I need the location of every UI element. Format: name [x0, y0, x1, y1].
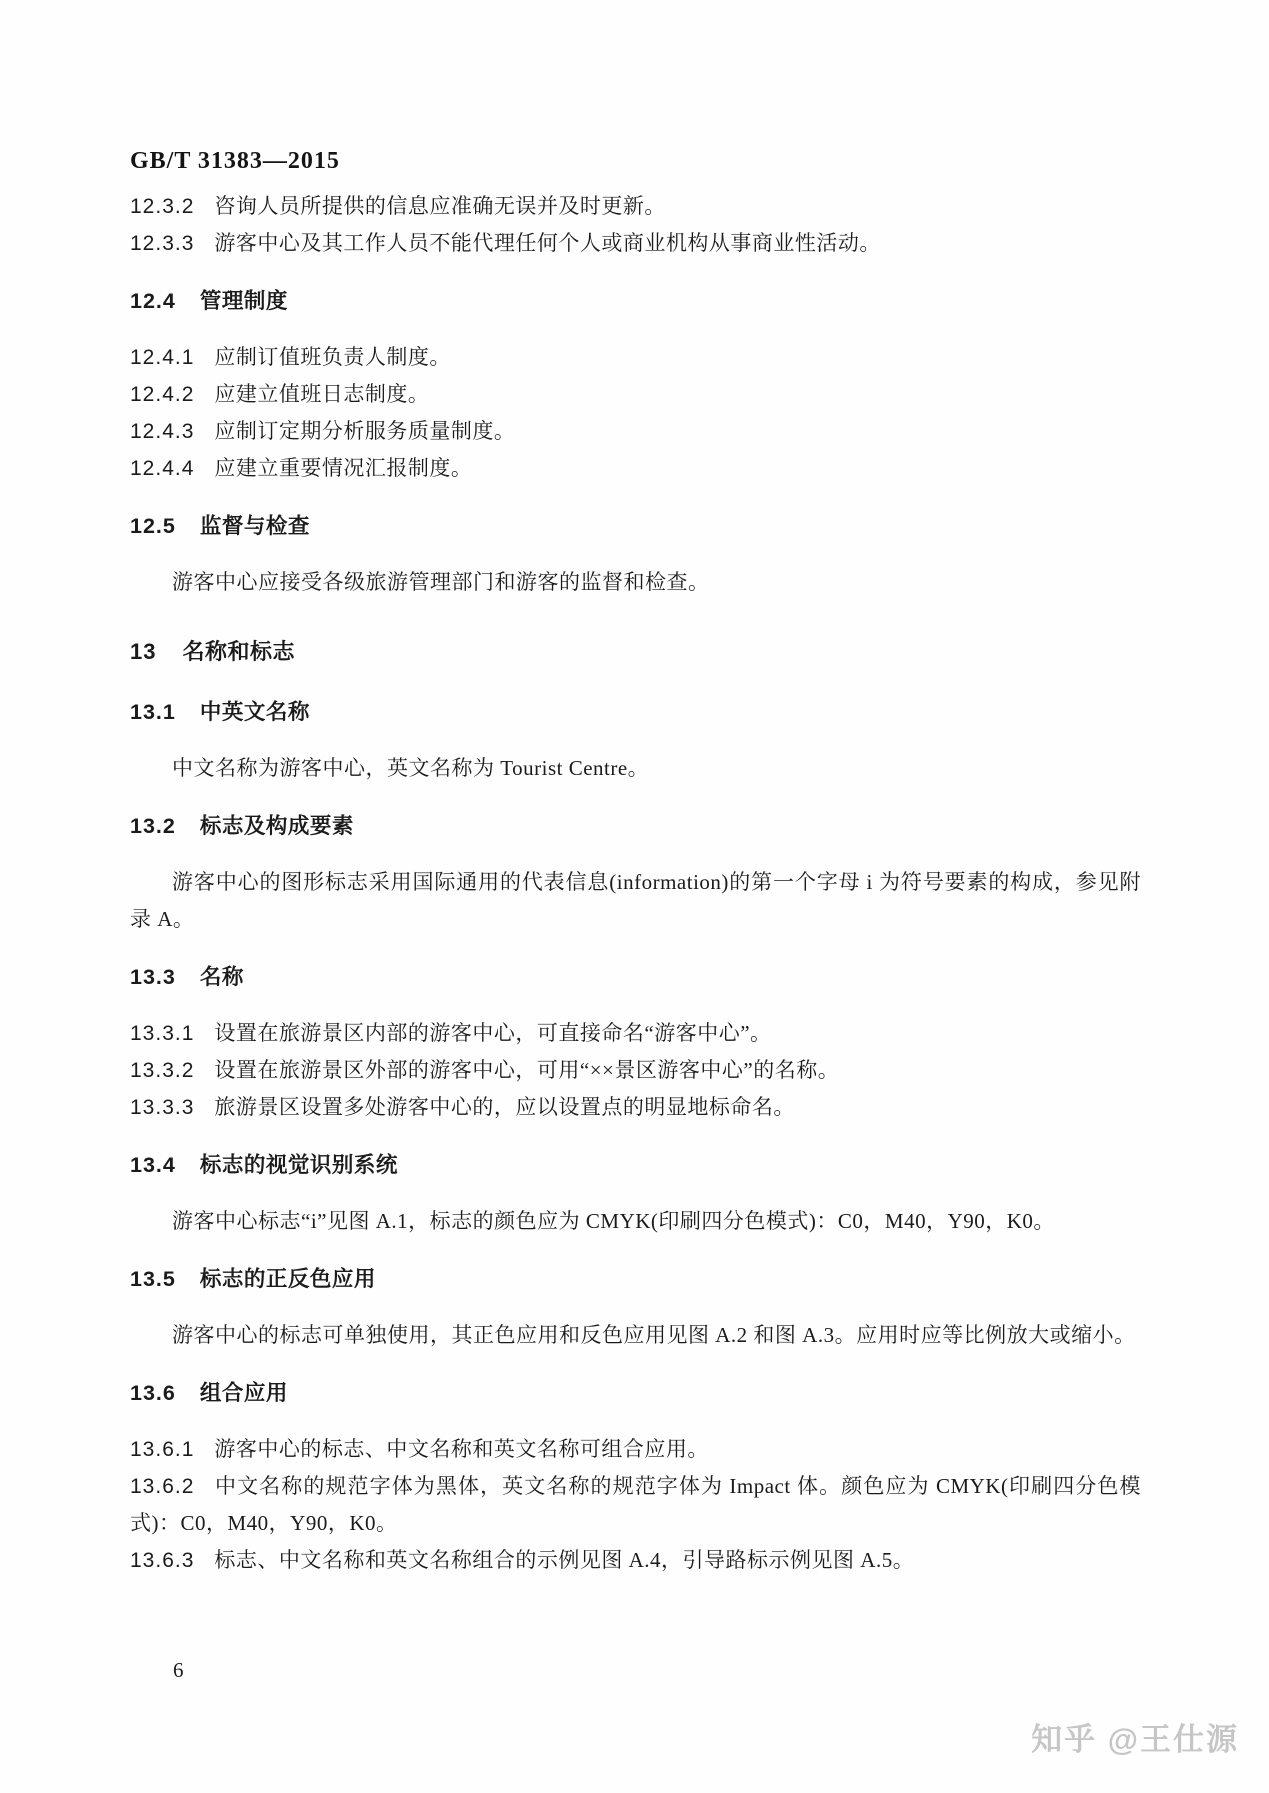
clause-number: 13.4	[130, 1153, 176, 1177]
clause-line: 12.4.3应制订定期分析服务质量制度。	[130, 413, 1141, 450]
clause-text: 游客中心的标志、中文名称和英文名称可组合应用。	[214, 1437, 709, 1461]
clause-line: 13.3.1设置在旅游景区内部的游客中心，可直接命名“游客中心”。	[130, 1015, 1141, 1052]
clause-number: 13.3.2	[130, 1059, 194, 1082]
clause-number: 13.6	[130, 1381, 176, 1405]
clause-number: 12.4.2	[130, 383, 194, 406]
section-heading: 13.2标志及构成要素	[130, 808, 1141, 845]
standard-number: GB/T 31383—2015	[130, 148, 1141, 175]
clause-text: 监督与检查	[200, 514, 310, 538]
clause-line: 13.6.2中文名称的规范字体为黑体，英文名称的规范字体为 Impact 体。颜…	[130, 1468, 1141, 1542]
clause-text: 组合应用	[200, 1381, 288, 1405]
watermark: 知乎 @王仕源	[1031, 1714, 1239, 1759]
clause-number: 13	[130, 639, 156, 664]
clause-line: 12.4.1应制订值班负责人制度。	[130, 339, 1141, 376]
clause-line: 12.3.2咨询人员所提供的信息应准确无误并及时更新。	[130, 188, 1141, 225]
clause-number: 12.3.3	[130, 232, 194, 255]
clause-line: 13.6.3标志、中文名称和英文名称组合的示例见图 A.4，引导路标示例见图 A…	[130, 1542, 1141, 1579]
clause-line: 12.3.3游客中心及其工作人员不能代理任何个人或商业机构从事商业性活动。	[130, 225, 1141, 262]
clause-number: 12.5	[130, 514, 176, 538]
paragraph-text: 游客中心的标志可单独使用，其正色应用和反色应用见图 A.2 和图 A.3。应用时…	[172, 1323, 1136, 1347]
clause-number: 12.4.3	[130, 420, 194, 443]
clause-text: 标志的视觉识别系统	[200, 1153, 398, 1177]
clause-line: 12.4.2应建立值班日志制度。	[130, 376, 1141, 413]
page-number: 6	[173, 1658, 184, 1683]
clause-text: 标志、中文名称和英文名称组合的示例见图 A.4，引导路标示例见图 A.5。	[214, 1548, 914, 1572]
document-page: GB/T 31383—2015 12.3.2咨询人员所提供的信息应准确无误并及时…	[0, 0, 1269, 1793]
clause-line: 13.3.3旅游景区设置多处游客中心的，应以设置点的明显地标命名。	[130, 1089, 1141, 1126]
paragraph: 中文名称为游客中心，英文名称为 Tourist Centre。	[130, 750, 1141, 787]
clause-text: 中文名称的规范字体为黑体，英文名称的规范字体为 Impact 体。颜色应为 CM…	[130, 1474, 1141, 1535]
clause-number: 13.6.1	[130, 1438, 194, 1461]
clause-number: 13.2	[130, 814, 176, 838]
section-heading: 13.5标志的正反色应用	[130, 1261, 1141, 1298]
clause-number: 13.6.3	[130, 1549, 194, 1572]
paragraph: 游客中心应接受各级旅游管理部门和游客的监督和检查。	[130, 564, 1141, 601]
clause-number: 13.1	[130, 700, 176, 724]
clause-line: 13.6.1游客中心的标志、中文名称和英文名称可组合应用。	[130, 1431, 1141, 1468]
clause-text: 应制订定期分析服务质量制度。	[214, 419, 515, 443]
clause-text: 设置在旅游景区内部的游客中心，可直接命名“游客中心”。	[214, 1021, 771, 1045]
clause-text: 应建立重要情况汇报制度。	[214, 456, 472, 480]
clause-text: 旅游景区设置多处游客中心的，应以设置点的明显地标命名。	[214, 1095, 795, 1119]
section-heading: 13.6组合应用	[130, 1375, 1141, 1412]
section-heading: 12.5监督与检查	[130, 508, 1141, 545]
clause-number: 12.3.2	[130, 195, 194, 218]
clause-number: 13.6.2	[130, 1475, 194, 1498]
clause-text: 标志的正反色应用	[200, 1267, 376, 1291]
paragraph: 游客中心的标志可单独使用，其正色应用和反色应用见图 A.2 和图 A.3。应用时…	[130, 1317, 1141, 1354]
paragraph-text: 游客中心的图形标志采用国际通用的代表信息(information)的第一个字母 …	[130, 870, 1141, 931]
section-heading: 12.4管理制度	[130, 283, 1141, 320]
clause-number: 12.4.1	[130, 346, 194, 369]
paragraph-text: 游客中心应接受各级旅游管理部门和游客的监督和检查。	[172, 570, 710, 594]
clause-text: 应建立值班日志制度。	[214, 382, 429, 406]
clause-text: 应制订值班负责人制度。	[214, 345, 451, 369]
clause-text: 名称和标志	[182, 639, 295, 664]
section-heading: 13.4标志的视觉识别系统	[130, 1147, 1141, 1184]
clause-number: 13.5	[130, 1267, 176, 1291]
clause-number: 12.4.4	[130, 457, 194, 480]
clause-text: 名称	[200, 965, 244, 989]
clause-text: 游客中心及其工作人员不能代理任何个人或商业机构从事商业性活动。	[214, 231, 881, 255]
clause-number: 13.3.3	[130, 1096, 194, 1119]
clause-text: 管理制度	[200, 289, 288, 313]
paragraph: 游客中心标志“i”见图 A.1，标志的颜色应为 CMYK(印刷四分色模式)：C0…	[130, 1203, 1141, 1240]
section-heading: 13.3名称	[130, 959, 1141, 996]
clause-text: 中英文名称	[200, 700, 310, 724]
clause-text: 设置在旅游景区外部的游客中心，可用“××景区游客中心”的名称。	[214, 1058, 839, 1082]
clause-line: 12.4.4应建立重要情况汇报制度。	[130, 450, 1141, 487]
clause-text: 咨询人员所提供的信息应准确无误并及时更新。	[214, 194, 666, 218]
chapter-heading: 13名称和标志	[130, 633, 1141, 670]
clause-text: 标志及构成要素	[200, 814, 354, 838]
clause-line: 13.3.2设置在旅游景区外部的游客中心，可用“××景区游客中心”的名称。	[130, 1052, 1141, 1089]
document-body: 12.3.2咨询人员所提供的信息应准确无误并及时更新。12.3.3游客中心及其工…	[130, 188, 1141, 1579]
paragraph-text: 中文名称为游客中心，英文名称为 Tourist Centre。	[172, 756, 649, 780]
paragraph-text: 游客中心标志“i”见图 A.1，标志的颜色应为 CMYK(印刷四分色模式)：C0…	[172, 1209, 1055, 1233]
clause-number: 13.3.1	[130, 1022, 194, 1045]
clause-number: 13.3	[130, 965, 176, 989]
section-heading: 13.1中英文名称	[130, 694, 1141, 731]
clause-number: 12.4	[130, 289, 176, 313]
paragraph: 游客中心的图形标志采用国际通用的代表信息(information)的第一个字母 …	[130, 864, 1141, 938]
